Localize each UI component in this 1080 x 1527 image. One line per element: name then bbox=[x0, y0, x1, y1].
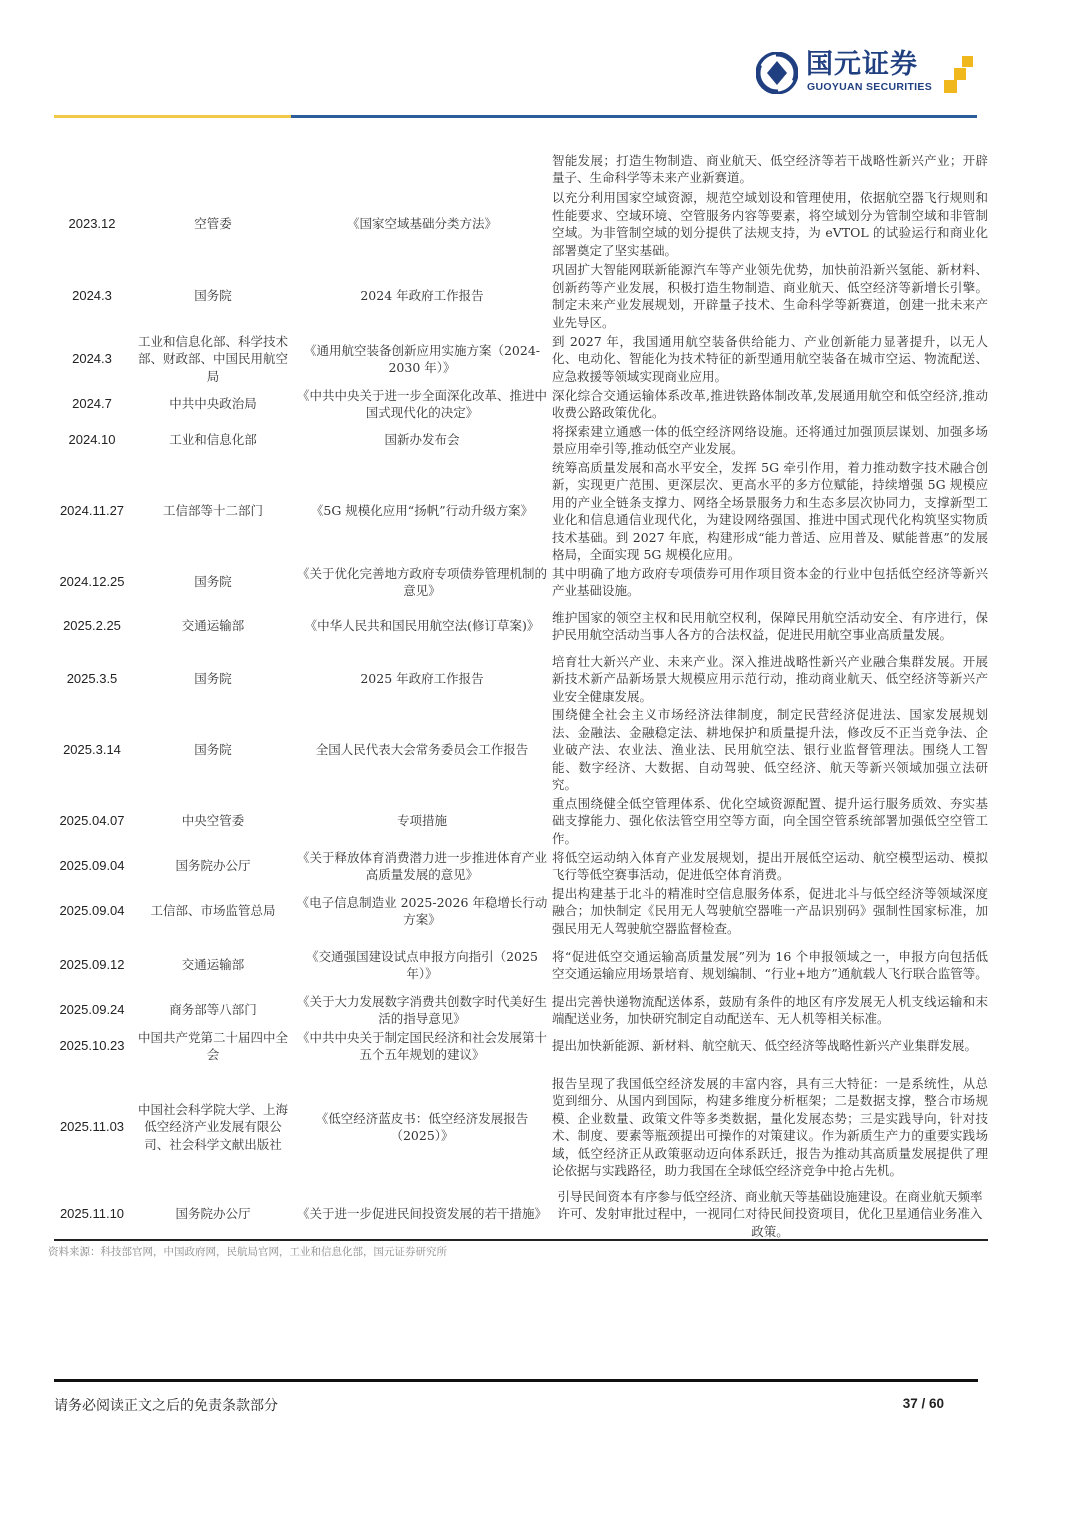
policy-description: 重点围绕健全低空管理体系、优化空域资源配置、提升运行服务质效、夯实基础支撑能力、… bbox=[552, 794, 988, 848]
policy-description: 提出加快新能源、新材料、航空航天、低空经济等战略性新兴产业集群发展。 bbox=[552, 1028, 988, 1064]
policy-date: 2025.2.25 bbox=[54, 600, 130, 652]
policy-description: 其中明确了地方政府专项债券可用作项目资本金的行业中包括低空经济等新兴产业基础设施… bbox=[552, 564, 988, 600]
issuing-body: 交通运输部 bbox=[134, 938, 292, 992]
table-row: 2025.3.14 国务院 全国人民代表大会常务委员会工作报告 围绕健全社会主义… bbox=[54, 706, 988, 794]
table-row: 2025.04.07 中央空管委 专项措施 重点围绕健全低空管理体系、优化空域资… bbox=[54, 794, 988, 848]
policy-document: 《关于大力发展数字消费共创数字时代美好生活的指导意见》 bbox=[294, 992, 550, 1028]
issuing-body: 中央空管委 bbox=[134, 794, 292, 848]
issuing-body: 国务院办公厅 bbox=[134, 1190, 292, 1238]
table-row: 2025.11.10 国务院办公厅 《关于进一步促进民间投资发展的若干措施》 引… bbox=[54, 1190, 988, 1238]
policy-date: 2024.11.27 bbox=[54, 458, 130, 564]
brand-name-cn: 国元证券 bbox=[806, 50, 918, 80]
issuing-body: 国务院办公厅 bbox=[134, 848, 292, 884]
policy-description: 将“促进低空交通运输高质量发展”列为 16 个申报领域之一，申报方向包括低空交通… bbox=[552, 938, 988, 992]
guoyuan-emblem-icon bbox=[756, 52, 798, 94]
policy-description: 将探索建立通感一体的低空经济网络设施。还将通过加强顶层谋划、加强多场景应用牵引等… bbox=[552, 422, 988, 458]
policy-description: 智能发展；打造生物制造、商业航天、低空经济等若干战略性新兴产业；开辟量子、生命科… bbox=[552, 150, 988, 188]
disclaimer-note: 请务必阅读正文之后的免责条款部分 bbox=[54, 1395, 278, 1415]
policy-date: 2025.04.07 bbox=[54, 794, 130, 848]
policy-document: 《低空经济蓝皮书：低空经济发展报告（2025）》 bbox=[294, 1064, 550, 1190]
policy-document: 全国人民代表大会常务委员会工作报告 bbox=[294, 706, 550, 794]
policy-description: 报告呈现了我国低空经济发展的丰富内容，具有三大特征：一是系统性，从总览到细分、从… bbox=[552, 1064, 988, 1190]
header-rule-yellow bbox=[54, 115, 291, 118]
policy-date: 2024.3 bbox=[54, 260, 130, 332]
policy-date: 2024.12.25 bbox=[54, 564, 130, 600]
policy-description: 将低空运动纳入体育产业发展规划，提出开展低空运动、航空模型运动、模拟飞行等低空赛… bbox=[552, 848, 988, 884]
table-row: 2024.12.25 国务院 《关于优化完善地方政府专项债券管理机制的意见》 其… bbox=[54, 564, 988, 600]
issuing-body: 工信部、市场监管总局 bbox=[134, 884, 292, 938]
page-number: 37 / 60 bbox=[903, 1396, 944, 1411]
issuing-body: 工信部等十二部门 bbox=[134, 458, 292, 564]
brand-name-en: GUOYUAN SECURITIES bbox=[807, 81, 932, 93]
policy-date: 2025.3.5 bbox=[54, 652, 130, 706]
issuing-body: 空管委 bbox=[134, 188, 292, 260]
policy-description: 引导民间资本有序参与低空经济、商业航天等基础设施建设。在商业航天频率许可、发射审… bbox=[552, 1190, 988, 1238]
policy-description: 维护国家的领空主权和民用航空权利，保障民用航空活动安全、有序进行，保护民用航空活… bbox=[552, 600, 988, 652]
policy-document: 《中华人民共和国民用航空法(修订草案)》 bbox=[294, 600, 550, 652]
policy-date: 2023.12 bbox=[54, 188, 130, 260]
gold-squares-icon bbox=[942, 56, 978, 94]
policy-document: 《关于进一步促进民间投资发展的若干措施》 bbox=[294, 1190, 550, 1238]
issuing-body: 国务院 bbox=[134, 706, 292, 794]
policy-date: 2024.10 bbox=[54, 422, 130, 458]
issuing-body: 国务院 bbox=[134, 564, 292, 600]
policy-date: 2025.11.03 bbox=[54, 1064, 130, 1190]
policy-document: 《关于释放体育消费潜力进一步推进体育产业高质量发展的意见》 bbox=[294, 848, 550, 884]
table-row: 2025.3.5 国务院 2025 年政府工作报告 培育壮大新兴产业、未来产业。… bbox=[54, 652, 988, 706]
issuing-body: 中国社会科学院大学、上海低空经济产业发展有限公司、社会科学文献出版社 bbox=[134, 1064, 292, 1190]
policy-description: 提出完善快递物流配送体系，鼓励有条件的地区有序发展无人机支线运输和末端配送业务，… bbox=[552, 992, 988, 1028]
table-row: 2024.11.27 工信部等十二部门 《5G 规模化应用“扬帆”行动升级方案》… bbox=[54, 458, 988, 564]
policy-date: 2024.3 bbox=[54, 332, 130, 386]
table-row: 2024.7 中共中央政治局 《中共中央关于进一步全面深化改革、推进中国式现代化… bbox=[54, 386, 988, 422]
policy-date: 2025.09.04 bbox=[54, 884, 130, 938]
policy-document: 2025 年政府工作报告 bbox=[294, 652, 550, 706]
table-row: 2024.10 工业和信息化部 国新办发布会 将探索建立通感一体的低空经济网络设… bbox=[54, 422, 988, 458]
policy-description: 统筹高质量发展和高水平安全，发挥 5G 牵引作用，着力推动数字技术融合创新，实现… bbox=[552, 458, 988, 564]
policy-date: 2025.10.23 bbox=[54, 1028, 130, 1064]
policy-date: 2025.09.24 bbox=[54, 992, 130, 1028]
table-row: 2025.09.04 国务院办公厅 《关于释放体育消费潜力进一步推进体育产业高质… bbox=[54, 848, 988, 884]
table-row: 2024.3 工业和信息化部、科学技术部、财政部、中国民用航空局 《通用航空装备… bbox=[54, 332, 988, 386]
policy-date: 2025.3.14 bbox=[54, 706, 130, 794]
policy-document: 《交通强国建设试点申报方向指引（2025 年）》 bbox=[294, 938, 550, 992]
issuing-body: 国务院 bbox=[134, 652, 292, 706]
policy-date: 2025.11.10 bbox=[54, 1190, 130, 1238]
policy-description: 围绕健全社会主义市场经济法律制度，制定民营经济促进法、国家发展规划法、金融法、金… bbox=[552, 706, 988, 794]
policy-document: 2024 年政府工作报告 bbox=[294, 260, 550, 332]
table-row: 智能发展；打造生物制造、商业航天、低空经济等若干战略性新兴产业；开辟量子、生命科… bbox=[54, 150, 988, 188]
source-note: 资料来源：科技部官网，中国政府网，民航局官网，工业和信息化部，国元证券研究所 bbox=[48, 1244, 447, 1259]
policy-document: 《中共中央关于进一步全面深化改革、推进中国式现代化的决定》 bbox=[294, 386, 550, 422]
table-row: 2025.09.12 交通运输部 《交通强国建设试点申报方向指引（2025 年）… bbox=[54, 938, 988, 992]
table-row: 2025.10.23 中国共产党第二十届四中全会 《中共中央关于制定国民经济和社… bbox=[54, 1028, 988, 1064]
table-row: 2025.09.24 商务部等八部门 《关于大力发展数字消费共创数字时代美好生活… bbox=[54, 992, 988, 1028]
policy-document: 《关于优化完善地方政府专项债券管理机制的意见》 bbox=[294, 564, 550, 600]
policy-description: 巩固扩大智能网联新能源汽车等产业领先优势，加快前沿新兴氢能、新材料、创新药等产业… bbox=[552, 260, 988, 332]
table-row: 2025.11.03 中国社会科学院大学、上海低空经济产业发展有限公司、社会科学… bbox=[54, 1064, 988, 1190]
footer-rule bbox=[54, 1379, 978, 1382]
brand-logo: 国元证券 GUOYUAN SECURITIES bbox=[756, 50, 986, 100]
policy-description: 到 2027 年，我国通用航空装备供给能力、产业创新能力显著提升，以无人化、电动… bbox=[552, 332, 988, 386]
policy-date: 2025.09.12 bbox=[54, 938, 130, 992]
table-bottom-rule bbox=[54, 1239, 988, 1241]
header-rule-blue bbox=[291, 115, 977, 118]
policy-document: 国新办发布会 bbox=[294, 422, 550, 458]
policy-description: 提出构建基于北斗的精准时空信息服务体系，促进北斗与低空经济等领域深度融合；加快制… bbox=[552, 884, 988, 938]
issuing-body: 商务部等八部门 bbox=[134, 992, 292, 1028]
table-row: 2023.12 空管委 《国家空域基础分类方法》 以充分利用国家空域资源，规范空… bbox=[54, 188, 988, 260]
policy-description: 以充分利用国家空域资源，规范空域划设和管理使用，依据航空器飞行规则和性能要求、空… bbox=[552, 188, 988, 260]
policy-document: 《通用航空装备创新应用实施方案（2024-2030 年）》 bbox=[294, 332, 550, 386]
table-row: 2024.3 国务院 2024 年政府工作报告 巩固扩大智能网联新能源汽车等产业… bbox=[54, 260, 988, 332]
policy-document: 《国家空域基础分类方法》 bbox=[294, 188, 550, 260]
table-row: 2025.2.25 交通运输部 《中华人民共和国民用航空法(修订草案)》 维护国… bbox=[54, 600, 988, 652]
issuing-body: 国务院 bbox=[134, 260, 292, 332]
issuing-body: 中共中央政治局 bbox=[134, 386, 292, 422]
table-row: 2025.09.04 工信部、市场监管总局 《电子信息制造业 2025-2026… bbox=[54, 884, 988, 938]
issuing-body: 交通运输部 bbox=[134, 600, 292, 652]
policy-description: 培育壮大新兴产业、未来产业。深入推进战略性新兴产业融合集群发展。开展新技术新产品… bbox=[552, 652, 988, 706]
policy-date: 2025.09.04 bbox=[54, 848, 130, 884]
policy-document: 专项措施 bbox=[294, 794, 550, 848]
policy-document: 《中共中央关于制定国民经济和社会发展第十五个五年规划的建议》 bbox=[294, 1028, 550, 1064]
issuing-body: 工业和信息化部、科学技术部、财政部、中国民用航空局 bbox=[134, 332, 292, 386]
policy-description: 深化综合交通运输体系改革,推进铁路体制改革,发展通用航空和低空经济,推动收费公路… bbox=[552, 386, 988, 422]
issuing-body: 工业和信息化部 bbox=[134, 422, 292, 458]
policy-date: 2024.7 bbox=[54, 386, 130, 422]
issuing-body: 中国共产党第二十届四中全会 bbox=[134, 1028, 292, 1064]
policy-document: 《5G 规模化应用“扬帆”行动升级方案》 bbox=[294, 458, 550, 564]
policy-document: 《电子信息制造业 2025-2026 年稳增长行动方案》 bbox=[294, 884, 550, 938]
